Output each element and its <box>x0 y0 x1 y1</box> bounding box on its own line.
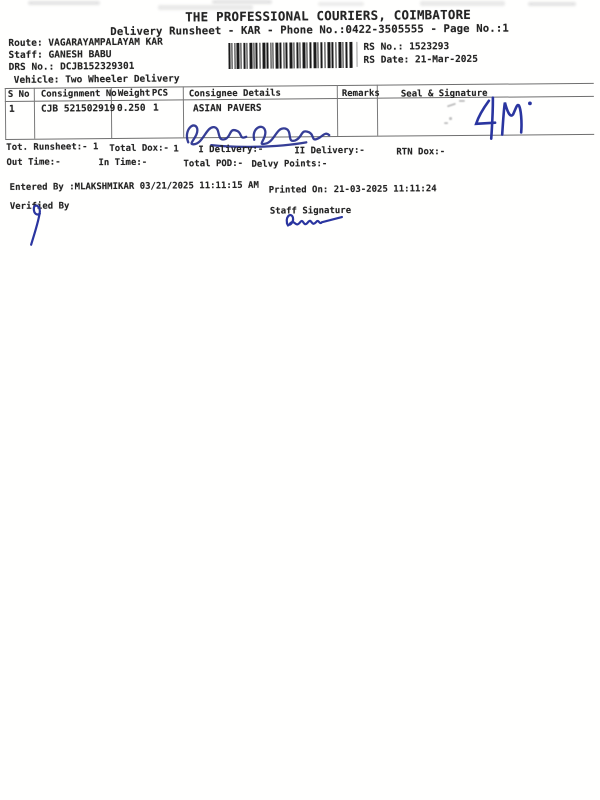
drs-no-field: DRS No.: DCJB152329301 <box>9 62 135 74</box>
col-header-s-no: S No <box>8 91 30 101</box>
rtn-dox-field: RTN Dox:- <box>396 148 445 158</box>
ii-delivery-field: II Delivery:- <box>294 147 365 158</box>
rs-no-field: RS No.: 1523293 <box>363 42 449 53</box>
stamp-residue <box>449 117 452 120</box>
stamp-residue <box>444 122 448 124</box>
cell-pcs: 1 <box>153 104 159 114</box>
col-header-remarks: Remarks <box>342 90 380 100</box>
consignment-barcode <box>228 42 352 69</box>
staff-field: Staff: GANESH BABU <box>8 50 111 61</box>
verified-by-signature <box>22 201 52 247</box>
col-header-pcs: PCS <box>152 90 168 100</box>
i-delivery-field: I Delivery:- <box>198 146 263 156</box>
table-column-line <box>5 88 6 139</box>
printed-on-field: Printed On: 21-03-2025 11:11:24 <box>269 185 437 196</box>
route-field: Route: VAGARAYAMPALAYAM KAR <box>8 38 163 50</box>
tot-runsheet-field: Tot. Runsheet:- 1 <box>6 143 98 154</box>
rs-date-field: RS Date: 21-Mar-2025 <box>364 55 478 66</box>
cell-s-no: 1 <box>9 105 15 115</box>
col-header-consignment-no: Consignment No <box>41 90 117 101</box>
delivery-runsheet-page: THE PROFESSIONAL COURIERS, COIMBATORE De… <box>0 0 600 800</box>
table-column-line <box>34 88 35 139</box>
stamp-residue <box>447 103 456 108</box>
runsheet-subtitle: Delivery Runsheet - KAR - Phone No.:0422… <box>110 23 509 38</box>
col-header-consignee-details: Consignee Details <box>189 90 281 101</box>
entered-by-field: Entered By :MLAKSHMIKAR 03/21/2025 11:11… <box>10 182 259 194</box>
total-dox-value: 1 <box>173 145 179 155</box>
cell-weight: 0.250 <box>117 104 146 115</box>
table-column-line <box>337 85 338 136</box>
cell-consignment-no: CJB 521502919 <box>41 104 115 115</box>
vehicle-field: Vehicle: Two Wheeler Delivery <box>14 74 180 86</box>
seal-signature-initials <box>469 93 539 142</box>
stamp-residue <box>459 100 465 102</box>
staff-signature-scrawl <box>281 209 346 236</box>
in-time-field: In Time:- <box>98 159 147 169</box>
total-pod-field: Total POD:- <box>183 160 243 170</box>
out-time-field: Out Time:- <box>6 158 60 168</box>
cell-consignee-details: ASIAN PAVERS <box>193 104 262 115</box>
rs-block-divider <box>356 42 357 67</box>
col-header-weight: Weight <box>118 90 151 100</box>
runsheet-sheet: THE PROFESSIONAL COURIERS, COIMBATORE De… <box>0 0 600 800</box>
delvy-points-field: Delvy Points:- <box>251 160 327 171</box>
total-dox-label: Total Dox:- <box>109 145 169 155</box>
